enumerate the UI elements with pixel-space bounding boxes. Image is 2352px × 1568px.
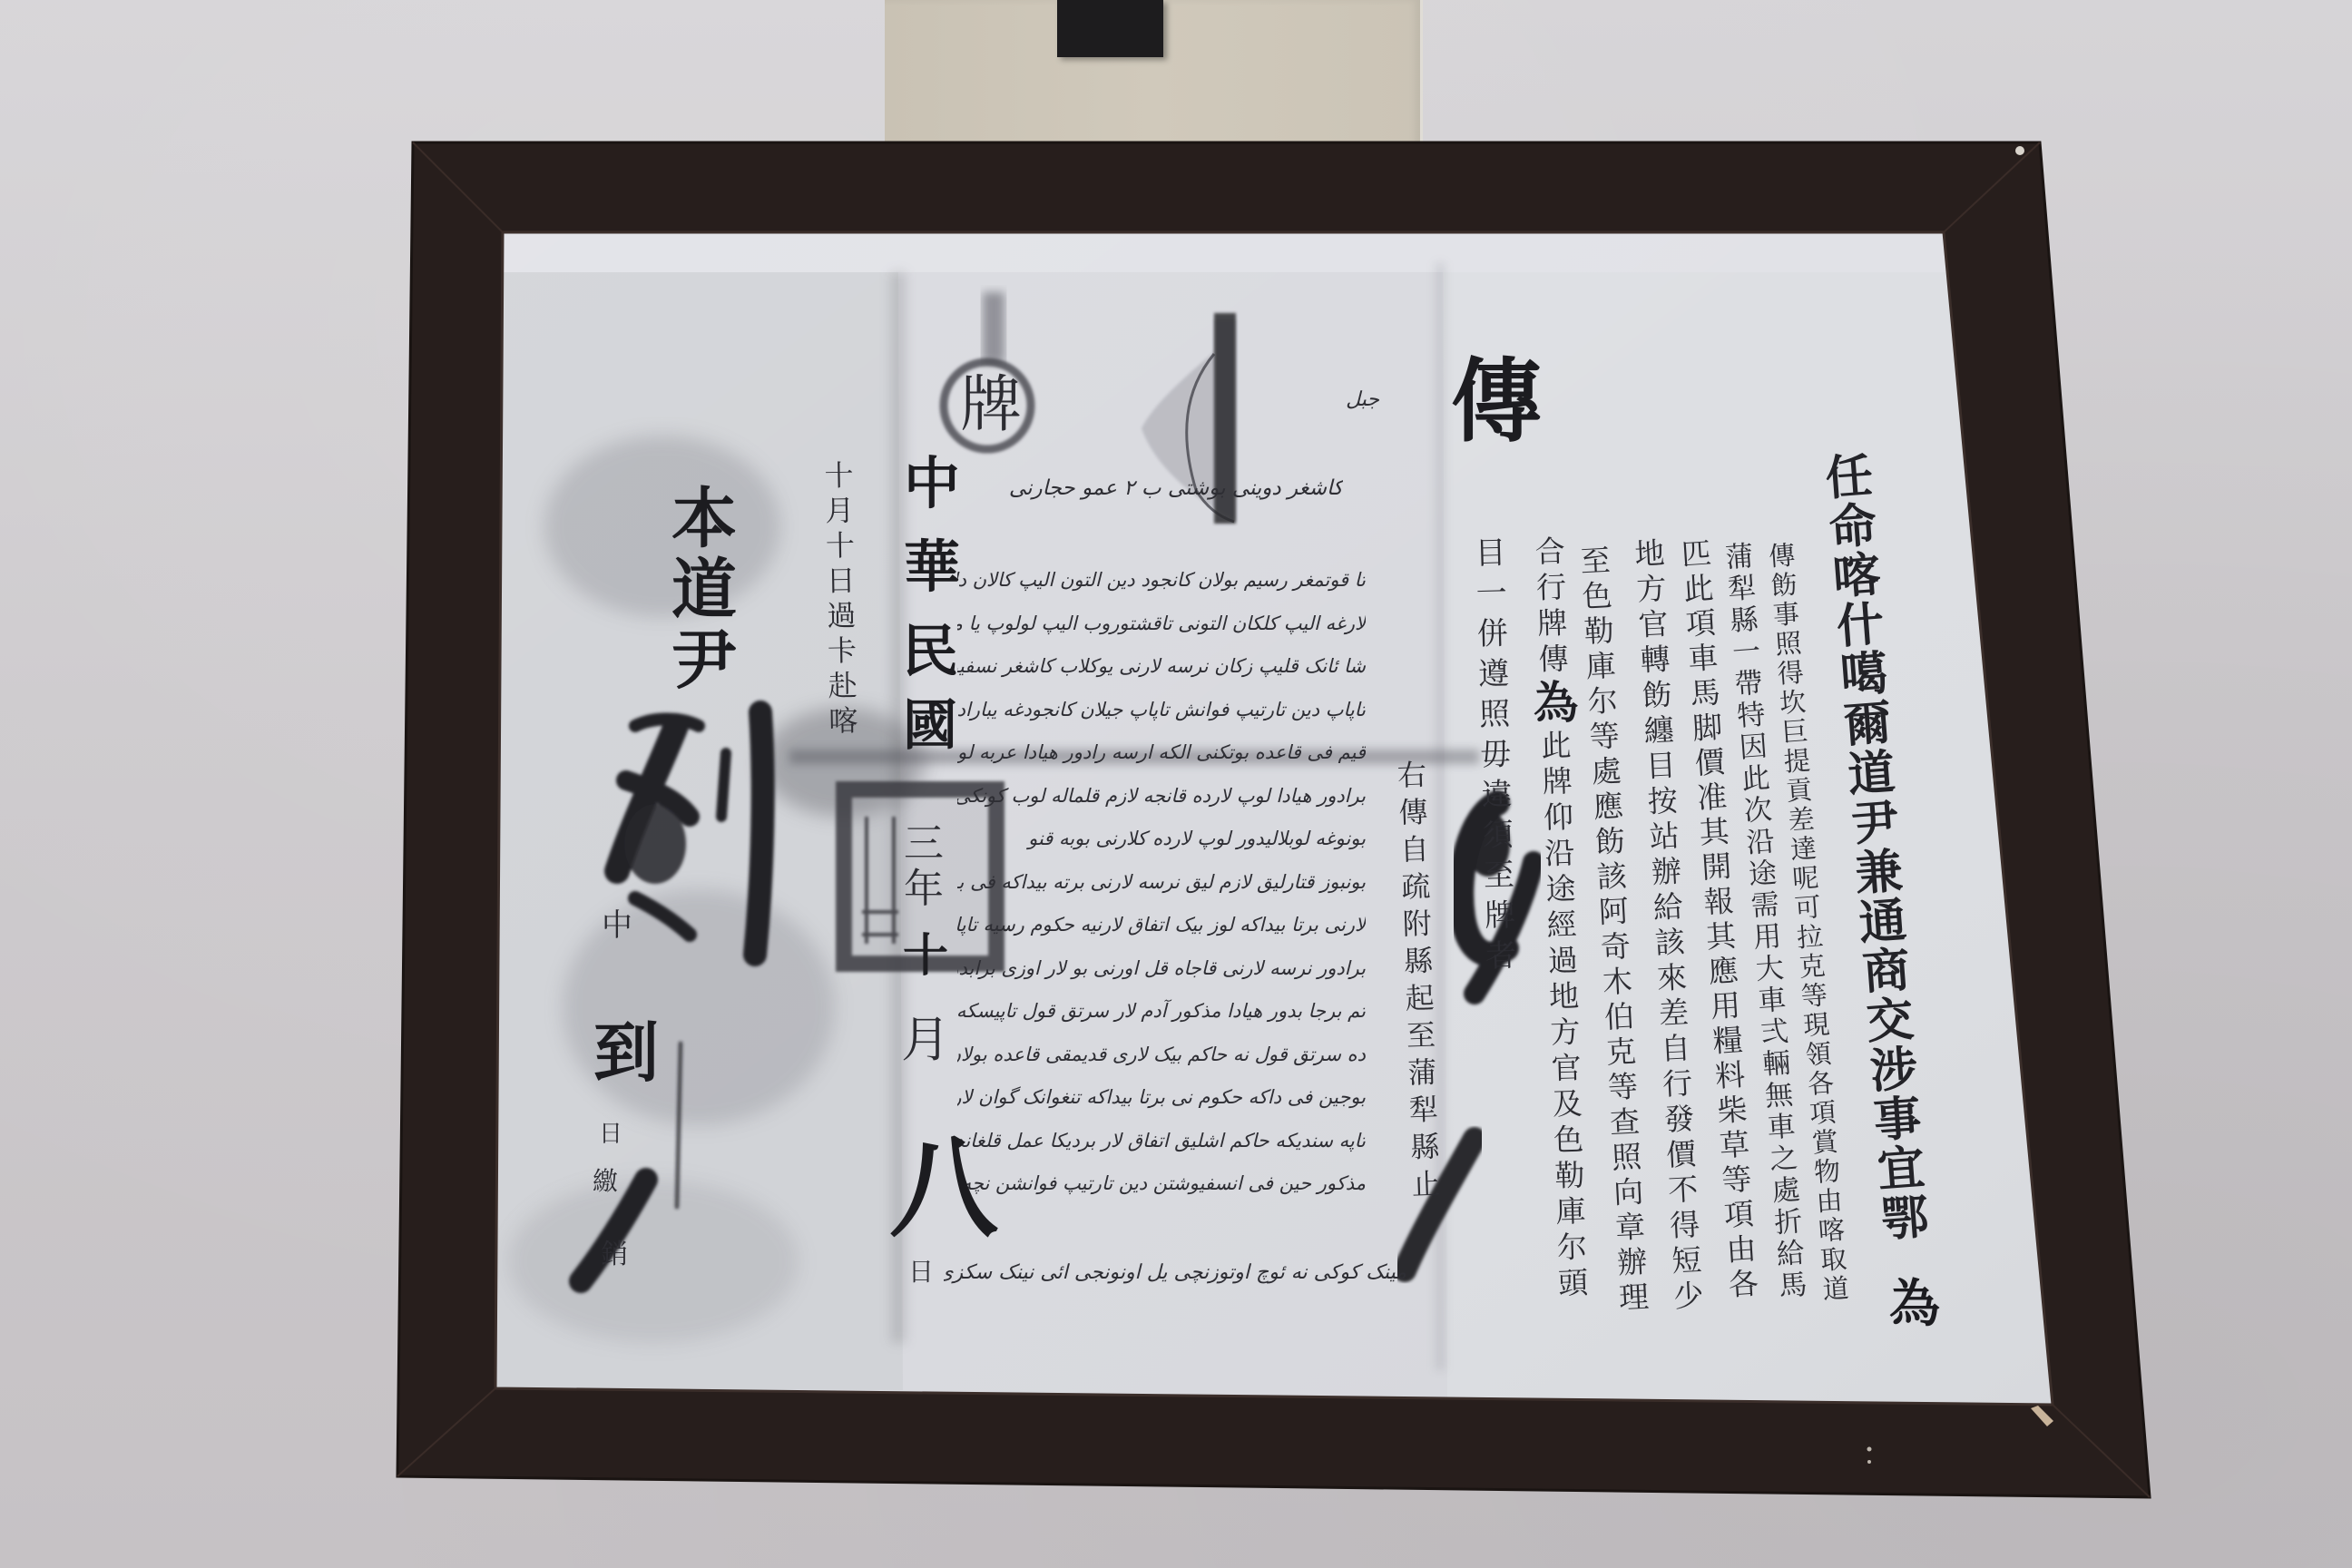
frame-chip [2015, 146, 2024, 155]
picture-frame [0, 0, 2352, 1568]
